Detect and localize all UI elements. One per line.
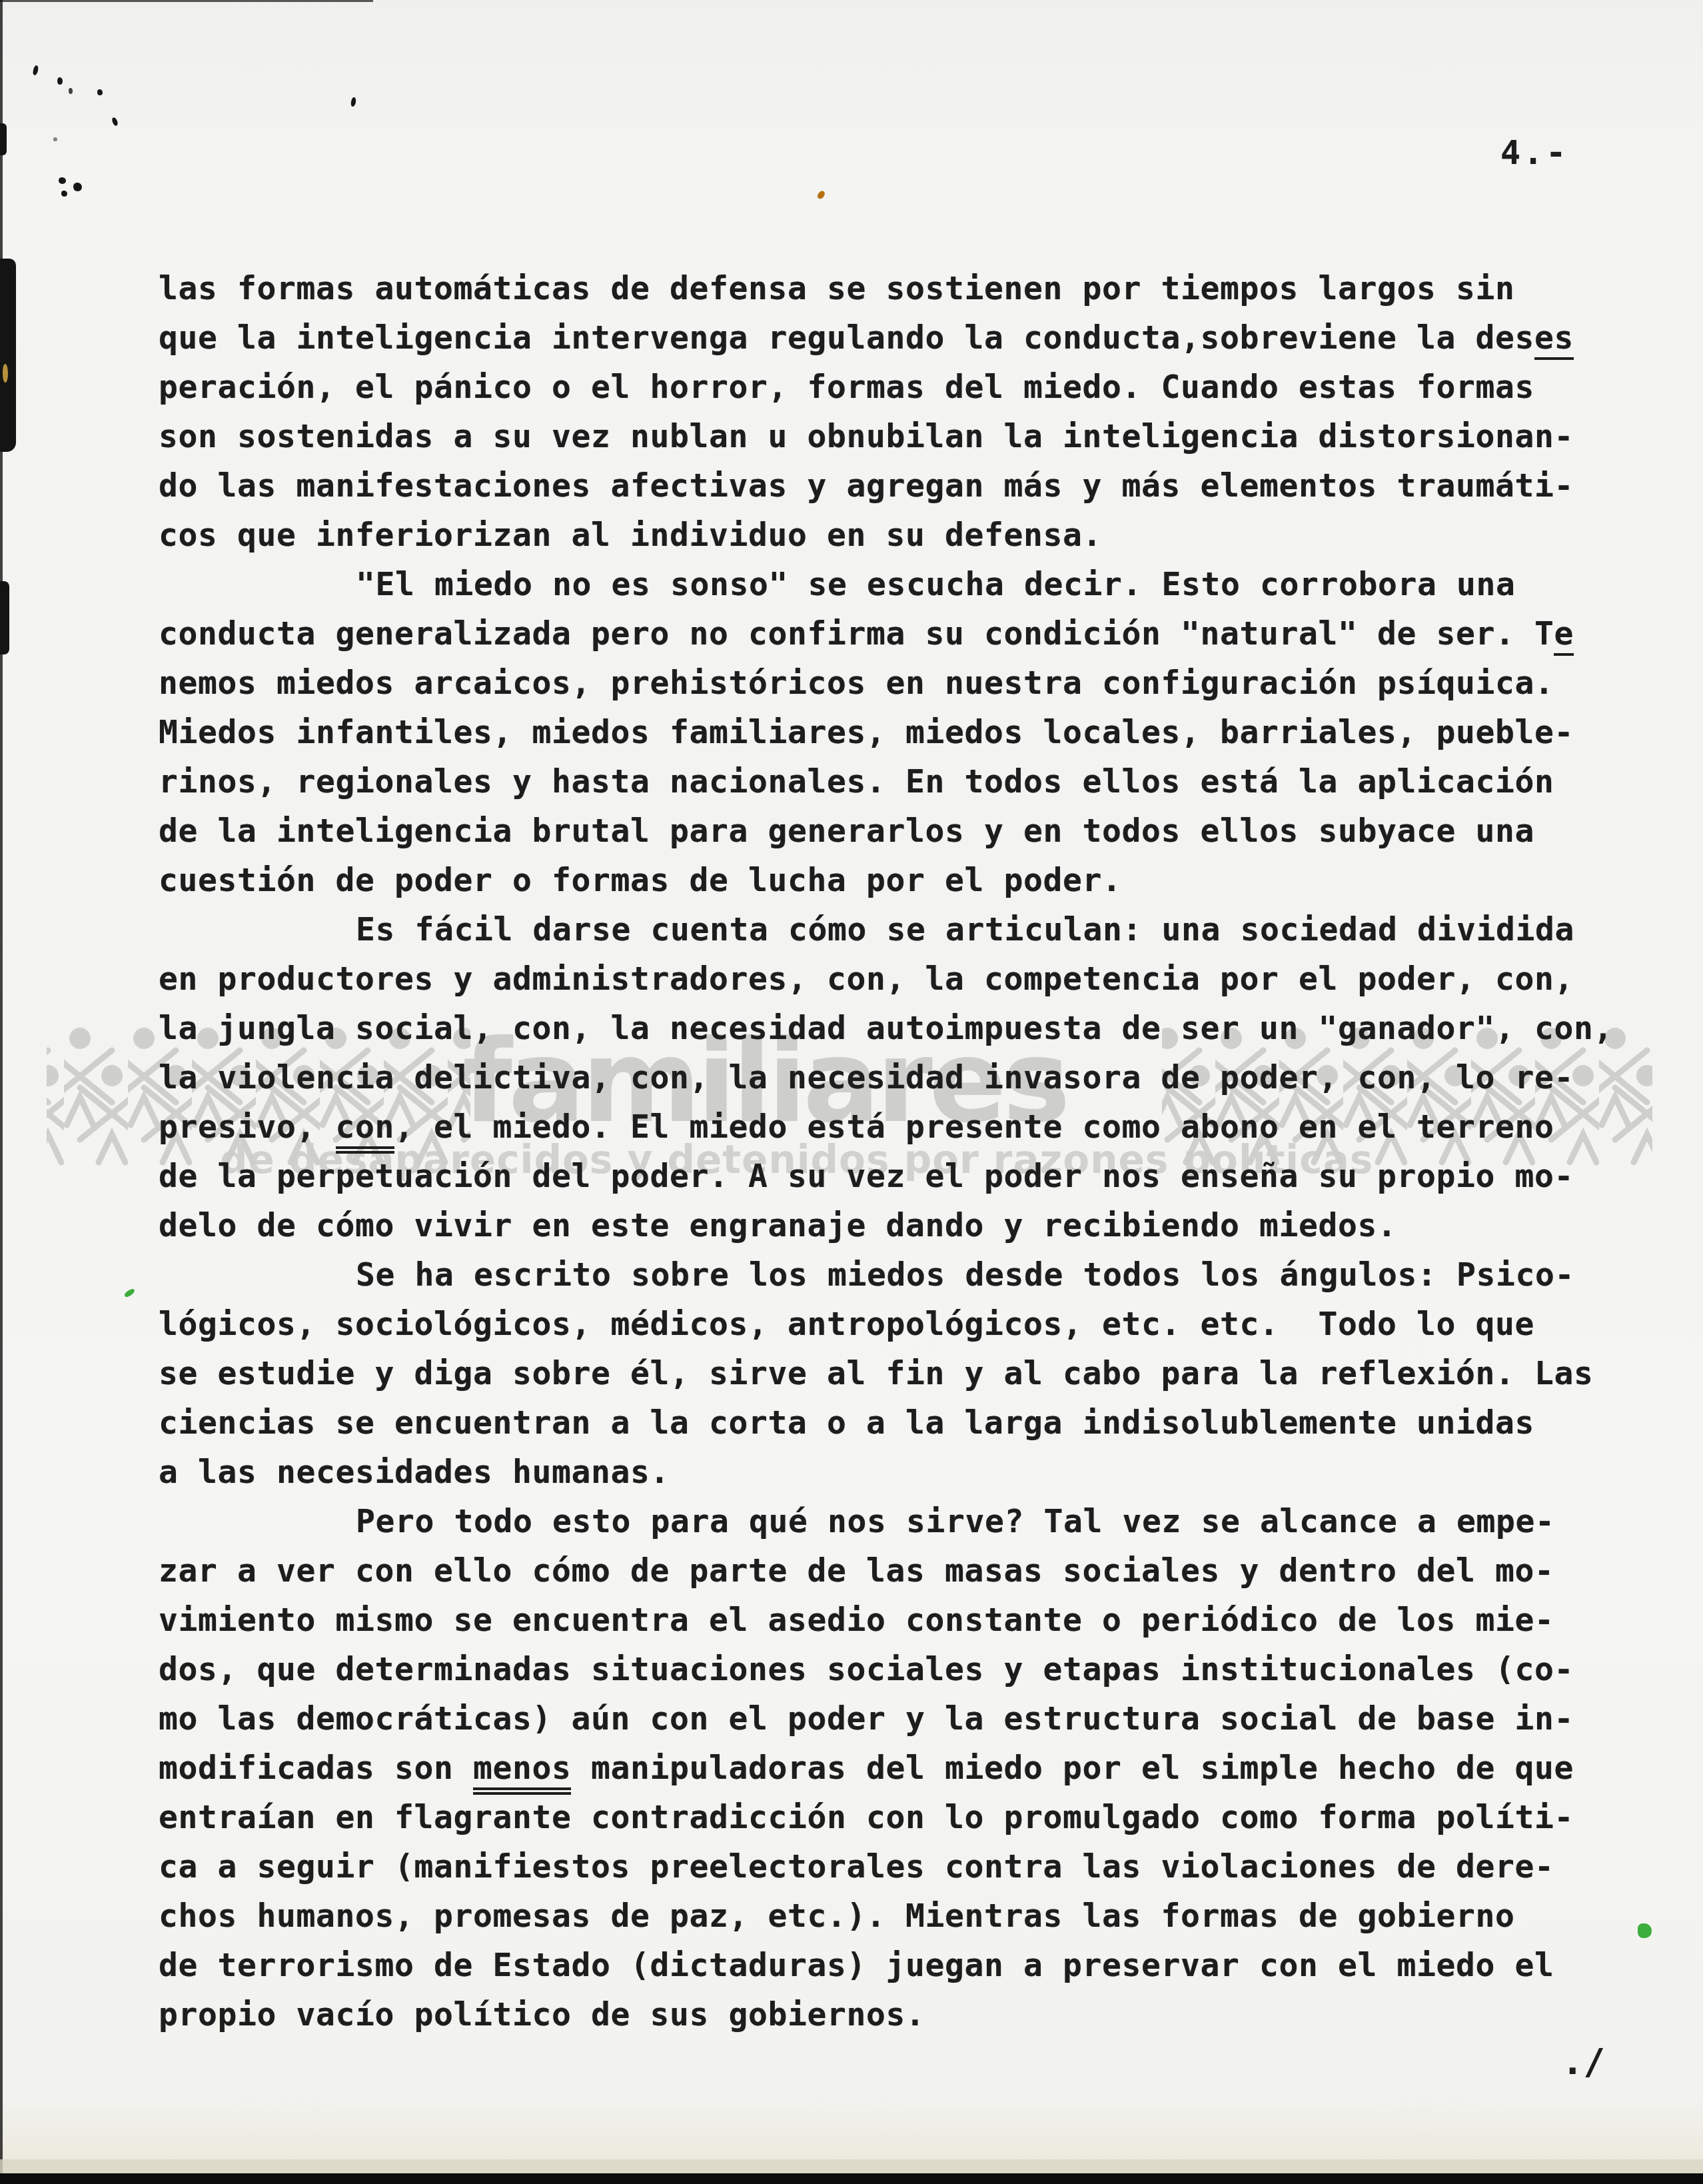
text-segment: nemos miedos arcaicos, prehistóricos en … xyxy=(159,664,1554,702)
scan-edge-bottom xyxy=(0,2173,1703,2184)
text-segment: delo de cómo vivir en este engranaje dan… xyxy=(159,1207,1397,1244)
text-segment: dos, que determinadas situaciones social… xyxy=(159,1651,1574,1688)
text-line: "El miedo no es sonso" se escucha decir.… xyxy=(159,560,1613,609)
scan-edge-blob xyxy=(0,123,7,155)
text-line: Miedos infantiles, miedos familiares, mi… xyxy=(159,708,1613,757)
text-segment: la jungla social, con, la necesidad auto… xyxy=(159,1010,1613,1047)
text-segment: cuestión de poder o formas de lucha por … xyxy=(159,862,1121,899)
underlined-text: e xyxy=(1554,615,1574,656)
scan-edge-blob xyxy=(0,259,16,452)
text-segment: de la inteligencia brutal para generarlo… xyxy=(159,812,1534,850)
text-segment: Se ha escrito sobre los miedos desde tod… xyxy=(356,1256,1574,1294)
text-segment: propio vacío político de sus gobiernos. xyxy=(159,1996,925,2033)
text-segment: entraían en flagrante contradicción con … xyxy=(159,1799,1574,1836)
text-line: la violencia delictiva, con, la necesida… xyxy=(159,1053,1613,1102)
text-line: do las manifestaciones afectivas y agreg… xyxy=(159,461,1613,511)
text-line: conducta generalizada pero no confirma s… xyxy=(159,609,1613,658)
text-segment: mo las democráticas) aún con el poder y … xyxy=(159,1700,1574,1737)
text-segment: vimiento mismo se encuentra el asedio co… xyxy=(159,1602,1554,1639)
text-segment: , el miedo. El miedo está presente como … xyxy=(394,1108,1554,1146)
text-segment: ciencias se encuentran a la corta o a la… xyxy=(159,1404,1534,1442)
text-segment: a las necesidades humanas. xyxy=(159,1454,670,1491)
text-segment: lógicos, sociológicos, médicos, antropol… xyxy=(159,1306,1534,1343)
text-line: de la inteligencia brutal para generarlo… xyxy=(159,806,1613,856)
text-segment: modificadas son xyxy=(159,1749,473,1787)
text-line: de la perpetuación del poder. A su vez e… xyxy=(159,1152,1613,1201)
text-line: ciencias se encuentran a la corta o a la… xyxy=(159,1398,1613,1448)
text-segment: de la perpetuación del poder. A su vez e… xyxy=(159,1158,1574,1195)
text-line: Pero todo esto para qué nos sirve? Tal v… xyxy=(159,1497,1613,1546)
text-line: propio vacío político de sus gobiernos. xyxy=(159,1990,1613,2039)
scan-edge-top xyxy=(0,0,373,2)
text-line: mo las democráticas) aún con el poder y … xyxy=(159,1694,1613,1743)
text-line: chos humanos, promesas de paz, etc.). Mi… xyxy=(159,1891,1613,1941)
ink-speck xyxy=(73,183,82,191)
text-segment: son sostenidas a su vez nublan u obnubil… xyxy=(159,418,1574,455)
text-segment: do las manifestaciones afectivas y agreg… xyxy=(159,467,1574,505)
text-line: ca a seguir (manifiestos preelectorales … xyxy=(159,1842,1613,1891)
text-line: entraían en flagrante contradicción con … xyxy=(159,1793,1613,1842)
ink-speck xyxy=(57,77,63,85)
text-segment: presivo, xyxy=(159,1108,336,1146)
text-line: zar a ver con ello cómo de parte de las … xyxy=(159,1546,1613,1596)
text-line: las formas automáticas de defensa se sos… xyxy=(159,264,1613,313)
text-segment: "El miedo no es sonso" se escucha decir.… xyxy=(356,566,1515,603)
text-segment: de terrorismo de Estado (dictaduras) jue… xyxy=(159,1947,1554,1984)
text-line: rinos, regionales y hasta nacionales. En… xyxy=(159,757,1613,806)
text-line: la jungla social, con, la necesidad auto… xyxy=(159,1004,1613,1053)
text-line: Se ha escrito sobre los miedos desde tod… xyxy=(159,1250,1613,1300)
text-segment: manipuladoras del miedo por el simple he… xyxy=(571,1749,1573,1787)
scan-edge-blob xyxy=(0,581,9,654)
ink-speck xyxy=(59,177,66,184)
text-line: cuestión de poder o formas de lucha por … xyxy=(159,856,1613,905)
text-segment: Pero todo esto para qué nos sirve? Tal v… xyxy=(356,1503,1554,1540)
text-segment: cos que inferiorizan al individuo en su … xyxy=(159,517,1102,554)
text-segment: zar a ver con ello cómo de parte de las … xyxy=(159,1552,1554,1590)
text-line: de terrorismo de Estado (dictaduras) jue… xyxy=(159,1941,1613,1990)
orange-speck xyxy=(3,364,8,383)
text-line: a las necesidades humanas. xyxy=(159,1448,1613,1497)
text-segment: chos humanos, promesas de paz, etc.). Mi… xyxy=(159,1897,1514,1935)
text-segment: Miedos infantiles, miedos familiares, mi… xyxy=(159,714,1574,751)
page-number: 4.- xyxy=(1500,133,1568,172)
text-segment: conducta generalizada pero no confirma s… xyxy=(159,615,1554,652)
continuation-mark: ./ xyxy=(1562,2041,1605,2083)
text-segment: en productores y administradores, con, l… xyxy=(159,960,1574,998)
text-line: cos que inferiorizan al individuo en su … xyxy=(159,511,1613,560)
green-speck xyxy=(1638,1923,1652,1938)
ink-speck xyxy=(61,191,67,197)
text-line: Es fácil darse cuenta cómo se articulan:… xyxy=(159,905,1613,954)
text-line: peración, el pánico o el horror, formas … xyxy=(159,363,1613,412)
typewritten-text: las formas automáticas de defensa se sos… xyxy=(159,264,1613,2039)
text-segment: ca a seguir (manifiestos preelectorales … xyxy=(159,1848,1554,1885)
text-line: en productores y administradores, con, l… xyxy=(159,954,1613,1004)
text-line: modificadas son menos manipuladoras del … xyxy=(159,1743,1613,1793)
text-line: que la inteligencia intervenga regulando… xyxy=(159,313,1613,363)
text-segment: que la inteligencia intervenga regulando… xyxy=(159,319,1534,357)
text-line: vimiento mismo se encuentra el asedio co… xyxy=(159,1596,1613,1645)
text-segment: se estudie y diga sobre él, sirve al fin… xyxy=(159,1355,1593,1392)
ink-speck xyxy=(97,89,103,95)
text-line: presivo, con, el miedo. El miedo está pr… xyxy=(159,1102,1613,1152)
text-line: lógicos, sociológicos, médicos, antropol… xyxy=(159,1300,1613,1349)
text-line: delo de cómo vivir en este engranaje dan… xyxy=(159,1201,1613,1250)
text-segment: la violencia delictiva, con, la necesida… xyxy=(159,1059,1574,1096)
underlined-text: es xyxy=(1534,319,1574,360)
text-line: nemos miedos arcaicos, prehistóricos en … xyxy=(159,658,1613,708)
text-line: son sostenidas a su vez nublan u obnubil… xyxy=(159,412,1613,461)
text-segment: peración, el pánico o el horror, formas … xyxy=(159,369,1534,406)
text-segment: las formas automáticas de defensa se sos… xyxy=(159,270,1514,307)
text-line: se estudie y diga sobre él, sirve al fin… xyxy=(159,1349,1613,1398)
text-segment: rinos, regionales y hasta nacionales. En… xyxy=(159,763,1554,800)
underlined-text: menos xyxy=(473,1749,572,1795)
text-line: dos, que determinadas situaciones social… xyxy=(159,1645,1613,1694)
underlined-text: con xyxy=(336,1108,395,1154)
ink-speck xyxy=(53,137,57,141)
text-segment: Es fácil darse cuenta cómo se articulan:… xyxy=(356,911,1574,948)
scan-edge-bottom-warm xyxy=(0,2159,1703,2175)
ink-speck xyxy=(69,88,73,94)
